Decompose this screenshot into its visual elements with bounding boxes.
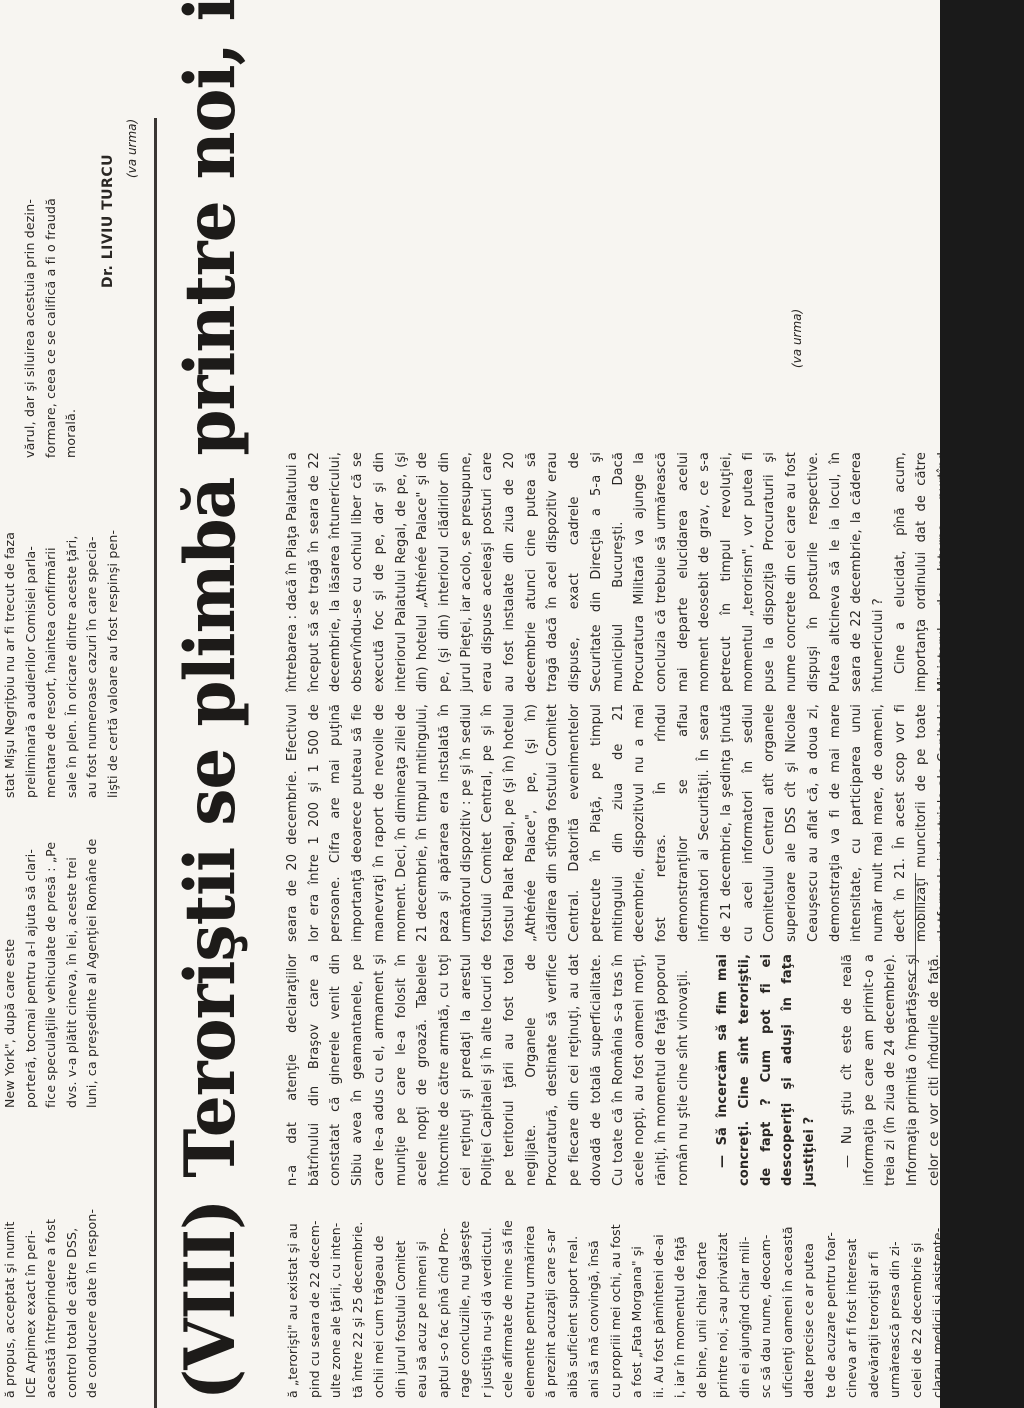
continuation-note: (va urma) (790, 309, 804, 368)
previous-article-col-4: vărul, dar şi siluirea acestuia prin dez… (20, 128, 82, 458)
scan-border (940, 0, 1024, 1408)
previous-article-col-3: stat Mişu Negriţoiu nu ar fi trecut de f… (0, 468, 123, 798)
previous-article-col-1: ă propus, acceptat şi numit ICE Arpimex … (0, 1128, 103, 1398)
scan-shadow (940, 0, 1024, 1408)
interview-question: — Să încercăm să fim mai concreţi. Cine … (712, 954, 821, 1186)
newspaper-scan: ă propus, acceptat şi numit ICE Arpimex … (0, 0, 1024, 1408)
previous-article: ă propus, acceptat şi numit ICE Arpimex … (0, 0, 150, 1408)
continuation-note: (va urma) (125, 119, 139, 178)
article-col-3: seara de 20 decembrie. Efectivul lor era… (282, 704, 1024, 942)
author-byline: Dr. LIVIU TURCU (100, 154, 116, 288)
section-divider (154, 118, 157, 1408)
article-headline: (VIII) Teroriştii se plimbă printre noi,… (163, 0, 258, 1400)
article-col-4: întrebarea : dacă în Piaţa Palatului a î… (282, 452, 1024, 692)
article-col-1: ă „terorişti" au existat şi au pind cu s… (282, 1198, 1024, 1398)
previous-article-col-2: New York", după care este porteră, tocma… (0, 808, 103, 1108)
article-col-2: n-a dat atenţie declaraţiilor bătrînului… (282, 954, 1024, 1186)
